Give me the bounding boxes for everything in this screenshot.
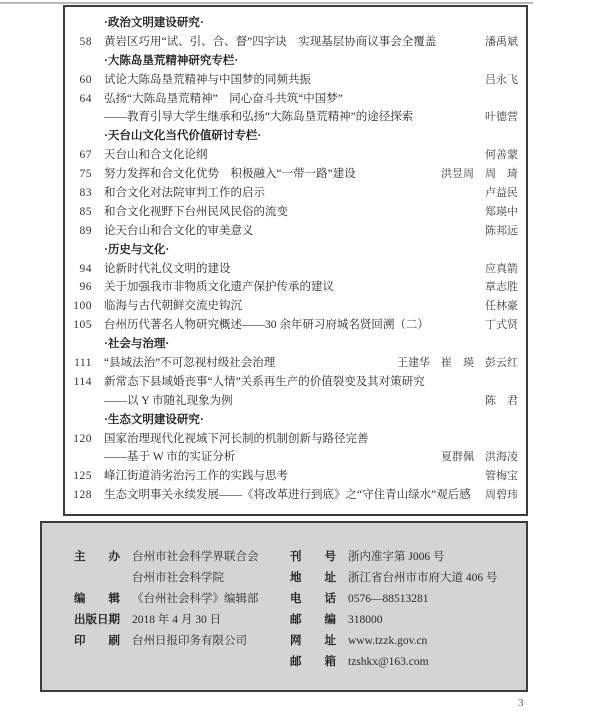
- toc-row: 111“县域法治”不可忽视村级社会治理王建华 崔 瑛 彭云红: [68, 354, 518, 373]
- toc-article-subtitle: ——教育引导大学生继承和弘扬“大陈岛垦荒精神”的途径探索: [104, 108, 477, 127]
- colophon-value: 0576—88513281: [348, 589, 429, 610]
- table-of-contents-frame: ·政治文明建设研究· 58黄岩区巧用“试、引、合、督”四字诀 实现基层协商议事会…: [63, 5, 528, 516]
- toc-article-title: 试论大陈岛垦荒精神与中国梦的同频共振: [104, 71, 477, 90]
- section-heading-label: ·生态文明建设研究·: [104, 411, 510, 430]
- colophon-label: 电 话: [290, 589, 336, 610]
- toc-page-number: 105: [68, 316, 92, 335]
- toc-authors: 王建华 崔 瑛 彭云红: [397, 354, 518, 373]
- colophon-row: 邮 箱tzshkx@163.com: [290, 652, 498, 673]
- toc-page-number: 89: [68, 222, 92, 241]
- toc-row: 128生态文明事关永续发展——《将改革进行到底》之“守住青山绿水”观后感周碧玮: [68, 486, 518, 505]
- toc-row: 60试论大陈岛垦荒精神与中国梦的同频共振吕永飞: [68, 71, 518, 90]
- toc-authors: 丁式贤: [485, 316, 518, 335]
- toc-section-heading: ·社会与治理·: [68, 335, 518, 354]
- section-heading-label: ·大陈岛垦荒精神研究专栏·: [104, 52, 510, 71]
- toc-row: 120国家治理现代化视域下河长制的机制创新与路径完善: [68, 430, 518, 449]
- toc-authors: 应真箭: [485, 260, 518, 279]
- toc-article-title: 临海与古代朝鲜交流史钩沉: [104, 297, 477, 316]
- toc-page-number: 96: [68, 278, 92, 297]
- toc-article-title: 论新时代礼仪文明的建设: [104, 260, 477, 279]
- colophon-value: 台州日报印务有限公司: [132, 631, 247, 652]
- toc-page-number: 100: [68, 297, 92, 316]
- toc-article-title: “县域法治”不可忽视村级社会治理: [104, 354, 389, 373]
- toc-article-title: 峰江街道消劣治污工作的实践与思考: [104, 467, 477, 486]
- colophon-value: www.tzzk.gov.cn: [348, 631, 427, 652]
- toc-article-subtitle: ——基于 W 市的实证分析: [104, 448, 433, 467]
- colophon-row: 刊 号浙内准字第 J006 号: [290, 547, 498, 568]
- toc-row: 96关于加强我市非物质文化遗产保护传承的建议章志胜: [68, 278, 518, 297]
- toc-authors: 潘禹斌: [485, 33, 518, 52]
- colophon-label: 印 刷: [74, 631, 120, 652]
- toc-page-number: 120: [68, 430, 92, 449]
- toc-row: 85和合文化视野下台州民风民俗的流变郑瑛中: [68, 203, 518, 222]
- section-heading-label: ·历史与文化·: [104, 241, 510, 260]
- toc-section-heading: ·大陈岛垦荒精神研究专栏·: [68, 52, 518, 71]
- toc-article-title: 天台山和合文化论纲: [104, 146, 477, 165]
- toc-page-number: 83: [68, 184, 92, 203]
- toc-authors: 章志胜: [485, 278, 518, 297]
- colophon-row: 邮 编318000: [290, 610, 498, 631]
- toc-article-title: 论天台山和合文化的审美意义: [104, 222, 477, 241]
- toc-authors: 陈邦远: [485, 222, 518, 241]
- section-heading-label: ·政治文明建设研究·: [104, 14, 510, 33]
- toc-row: 83和合文化对法院审判工作的启示卢益民: [68, 184, 518, 203]
- toc-article-title: 弘扬“大陈岛垦荒精神” 同心奋斗共筑“中国梦”: [104, 90, 510, 109]
- toc-article-title: 新常态下县域婚丧事“人情”关系再生产的价值裂变及其对策研究: [104, 373, 510, 392]
- toc-authors: 郑瑛中: [485, 203, 518, 222]
- colophon-value: 台州市社会科学界联合会: [132, 547, 259, 568]
- toc-page-number: 94: [68, 260, 92, 279]
- colophon-label: 邮 箱: [290, 652, 336, 673]
- toc-article-title: 台州历代著名人物研究概述——30 余年研习府城名贤回溯（二）: [104, 316, 477, 335]
- toc-article-subtitle: ——以 Y 市随礼现象为例: [104, 392, 477, 411]
- toc-row: 75努力发挥和合文化优势 积极融入“一带一路”建设洪昱周 周 琦: [68, 165, 518, 184]
- toc-authors: 叶德营: [485, 108, 518, 127]
- toc-article-title: 黄岩区巧用“试、引、合、督”四字诀 实现基层协商议事会全覆盖: [104, 33, 477, 52]
- colophon-row: 电 话0576—88513281: [290, 589, 498, 610]
- section-heading-label: ·天台山文化当代价值研讨专栏·: [104, 127, 510, 146]
- colophon-row: 印 刷台州日报印务有限公司: [74, 631, 290, 652]
- colophon-row: 主 办台州市社会科学界联合会: [74, 547, 290, 568]
- colophon-value: 2018 年 4 月 30 日: [132, 610, 221, 631]
- toc-page-number: 58: [68, 33, 92, 52]
- toc-authors: 夏群佩 洪海凌: [441, 448, 518, 467]
- toc-article-title: 努力发挥和合文化优势 积极融入“一带一路”建设: [104, 165, 433, 184]
- colophon-row: 编 辑《台州社会科学》编辑部: [74, 589, 290, 610]
- toc-article-title: 和合文化视野下台州民风民俗的流变: [104, 203, 477, 222]
- toc-section-heading: ·生态文明建设研究·: [68, 411, 518, 430]
- colophon-label: 刊 号: [290, 547, 336, 568]
- toc-section-heading: ·政治文明建设研究·: [68, 14, 518, 33]
- colophon-value: tzshkx@163.com: [348, 652, 429, 673]
- colophon-value: 台州市社会科学院: [132, 568, 224, 589]
- toc-section-heading: ·历史与文化·: [68, 241, 518, 260]
- toc-authors: 卢益民: [485, 184, 518, 203]
- toc-row: 100临海与古代朝鲜交流史钩沉任林豪: [68, 297, 518, 316]
- toc-row: 125峰江街道消劣治污工作的实践与思考管梅宝: [68, 467, 518, 486]
- colophon-box: 主 办台州市社会科学界联合会 台州市社会科学院 编 辑《台州社会科学》编辑部 出…: [40, 521, 528, 692]
- toc-authors: 何善蒙: [485, 146, 518, 165]
- toc-authors: 陈 君: [485, 392, 518, 411]
- toc-authors: 洪昱周 周 琦: [441, 165, 518, 184]
- toc-row: 89论天台山和合文化的审美意义陈邦远: [68, 222, 518, 241]
- toc-article-title: 关于加强我市非物质文化遗产保护传承的建议: [104, 278, 477, 297]
- colophon-label: 地 址: [290, 568, 336, 589]
- page-top-rule: [0, 2, 533, 4]
- toc-row: 94论新时代礼仪文明的建设应真箭: [68, 260, 518, 279]
- section-heading-label: ·社会与治理·: [104, 335, 510, 354]
- toc-page-number: 64: [68, 90, 92, 109]
- colophon-value: 浙内准字第 J006 号: [348, 547, 444, 568]
- colophon-label: 邮 编: [290, 610, 336, 631]
- toc-page-number: 67: [68, 146, 92, 165]
- toc-row-continuation: ——以 Y 市随礼现象为例陈 君: [68, 392, 518, 411]
- colophon-value: 318000: [348, 610, 383, 631]
- colophon-label: 出版日期: [74, 610, 120, 631]
- toc-row: 67天台山和合文化论纲何善蒙: [68, 146, 518, 165]
- colophon-right-column: 刊 号浙内准字第 J006 号 地 址浙江省台州市市府大道 406 号 电 话0…: [290, 547, 498, 690]
- toc-row: 58黄岩区巧用“试、引、合、督”四字诀 实现基层协商议事会全覆盖潘禹斌: [68, 33, 518, 52]
- colophon-label: [74, 568, 120, 589]
- colophon-left-column: 主 办台州市社会科学界联合会 台州市社会科学院 编 辑《台州社会科学》编辑部 出…: [42, 547, 290, 690]
- colophon-label: 网 址: [290, 631, 336, 652]
- colophon-row: 出版日期2018 年 4 月 30 日: [74, 610, 290, 631]
- colophon-value: 浙江省台州市市府大道 406 号: [348, 568, 498, 589]
- colophon-row: 台州市社会科学院: [74, 568, 290, 589]
- toc-section-heading: ·天台山文化当代价值研讨专栏·: [68, 127, 518, 146]
- toc-page-number: 114: [68, 373, 92, 392]
- toc-row-continuation: ——教育引导大学生继承和弘扬“大陈岛垦荒精神”的途径探索叶德营: [68, 108, 518, 127]
- toc-article-title: 国家治理现代化视域下河长制的机制创新与路径完善: [104, 430, 510, 449]
- toc-row: 64弘扬“大陈岛垦荒精神” 同心奋斗共筑“中国梦”: [68, 90, 518, 109]
- toc-authors: 周碧玮: [485, 486, 518, 505]
- toc-article-title: 生态文明事关永续发展——《将改革进行到底》之“守住青山绿水”观后感: [104, 486, 477, 505]
- toc-page-number: 75: [68, 165, 92, 184]
- page-number: 3: [518, 697, 524, 709]
- toc-authors: 任林豪: [485, 297, 518, 316]
- colophon-value: 《台州社会科学》编辑部: [132, 589, 259, 610]
- colophon-row: 网 址www.tzzk.gov.cn: [290, 631, 498, 652]
- colophon-label: 主 办: [74, 547, 120, 568]
- colophon-label: 编 辑: [74, 589, 120, 610]
- toc-authors: 吕永飞: [485, 71, 518, 90]
- toc-row: 114新常态下县域婚丧事“人情”关系再生产的价值裂变及其对策研究: [68, 373, 518, 392]
- toc-page-number: 60: [68, 71, 92, 90]
- toc-row: 105台州历代著名人物研究概述——30 余年研习府城名贤回溯（二）丁式贤: [68, 316, 518, 335]
- toc-authors: 管梅宝: [485, 467, 518, 486]
- toc-page-number: 85: [68, 203, 92, 222]
- toc-article-title: 和合文化对法院审判工作的启示: [104, 184, 477, 203]
- toc-page-number: 128: [68, 486, 92, 505]
- toc-row-continuation: ——基于 W 市的实证分析夏群佩 洪海凌: [68, 448, 518, 467]
- toc-page-number: 125: [68, 467, 92, 486]
- colophon-row: 地 址浙江省台州市市府大道 406 号: [290, 568, 498, 589]
- toc-page-number: 111: [68, 354, 92, 373]
